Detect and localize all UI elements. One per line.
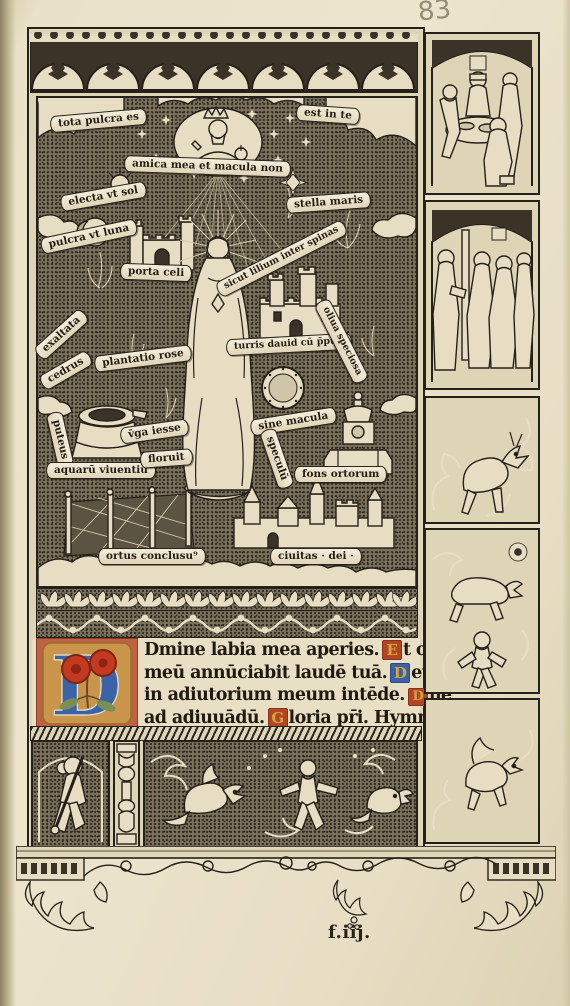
pencil-folio-number: 83 xyxy=(417,0,453,28)
border-panel-hound-putto xyxy=(424,528,540,694)
sibyl-panel xyxy=(31,740,110,848)
banderole-text: stella maris xyxy=(294,194,364,211)
acanthus-frieze xyxy=(36,610,418,638)
banderole-text: est in te xyxy=(304,106,353,121)
quire-signature: f.iij. xyxy=(328,922,371,943)
banderole-fons-ortorum: fons ortorum xyxy=(294,466,387,483)
line2-text: meū annūciabit laudē tuā. xyxy=(144,663,387,683)
baluster-column xyxy=(113,740,140,848)
banderole-civitas-dei: ciuitas · dei · xyxy=(270,548,362,565)
border-panel-figures-scene xyxy=(424,200,540,390)
chevron-band xyxy=(30,726,422,741)
border-panel-feast-scene xyxy=(424,32,540,195)
line1-text: Dmine labia mea aperies. xyxy=(144,640,379,660)
border-panel-stag-foliage xyxy=(424,396,540,524)
banderole-text: ciuitas · dei · xyxy=(278,550,354,562)
gutter-shadow xyxy=(0,0,16,1006)
text-line-1: Dmine labia mea aperies.Et os xyxy=(144,639,420,662)
banderole-text: turris dauid cū p̄pug xyxy=(234,335,344,352)
line4-tail: loria pr̄i. Hymn⁹ xyxy=(289,708,437,728)
grotesque-frieze xyxy=(143,740,418,848)
banderole-text: ortus conclusu⁹ xyxy=(106,550,198,562)
versal-D-blue: D xyxy=(391,664,409,682)
book-of-hours-page: 83 xyxy=(0,0,570,1006)
text-line-3: in adiutorium meum intēde.Dñe xyxy=(144,684,420,707)
versal-G: G xyxy=(269,709,287,727)
right-border-column xyxy=(424,32,540,846)
border-panel-bird-foliage xyxy=(424,698,540,844)
banderole-text: aquarū viuentiū xyxy=(54,464,148,476)
arcade-frieze xyxy=(30,32,418,94)
matins-text-block: D Dmine labia mea aperies.Et os meū annū… xyxy=(32,638,420,730)
line3-text: in adiutorium meum intēde. xyxy=(144,685,405,705)
banderole-text: floruit xyxy=(148,451,185,466)
latin-text-lines: Dmine labia mea aperies.Et os meū annūci… xyxy=(144,639,420,729)
banderole-text: fons ortorum xyxy=(302,468,379,480)
banderole-aquarum-viventium: aquarū viuentiū xyxy=(46,462,156,479)
banderole-porta-celi: porta celi xyxy=(120,263,193,283)
tota-pulchra-miniature: tota pulcra es est in te amica mea et ma… xyxy=(36,96,418,588)
versal-E: E xyxy=(383,641,401,659)
illuminated-initial-D: D xyxy=(36,638,138,729)
banderole-text: amica mea et macula non xyxy=(132,157,283,174)
text-line-2: meū annūciabit laudē tuā.Deus xyxy=(144,662,420,685)
palmette-frieze xyxy=(36,588,418,611)
bottom-cornice xyxy=(16,846,556,956)
banderole-ortus-conclusus: ortus conclusu⁹ xyxy=(98,548,206,565)
line4-text: ad adiuuādū. xyxy=(144,708,265,728)
page-edge xyxy=(562,0,570,1006)
banderole-text: porta celi xyxy=(128,265,185,279)
